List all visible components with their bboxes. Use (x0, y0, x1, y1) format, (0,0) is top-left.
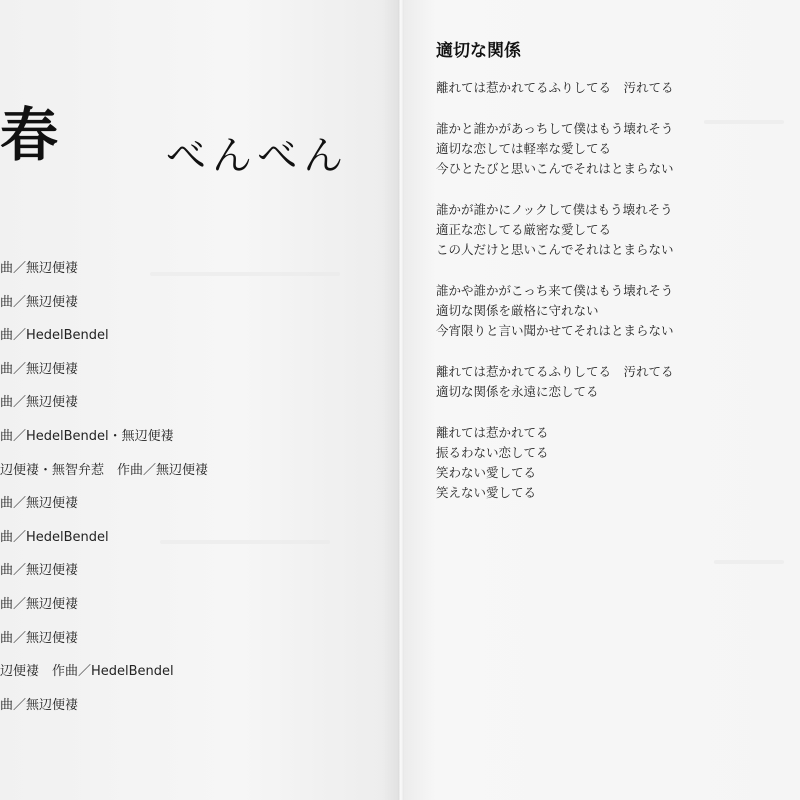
lyric-line: 誰かや誰かがこっち来て僕はもう壊れそう (436, 281, 674, 301)
lyric-line: 今ひとたびと思いこんでそれはとまらない (436, 159, 674, 179)
lyric-line: 離れては惹かれてる (436, 423, 674, 443)
show-through-text (150, 272, 340, 276)
lyrics: 離れては惹かれてるふりしてる 汚れてる 誰かと誰かがあっちして僕はもう壊れそう … (436, 78, 674, 524)
right-page: 適切な関係 離れては惹かれてるふりしてる 汚れてる 誰かと誰かがあっちして僕はも… (404, 0, 800, 800)
credits-list: 曲／無辺便褄 曲／無辺便褄 曲／HedelBendel 曲／無辺便褄 曲／無辺便… (0, 258, 208, 728)
album-title-kanji: 春 (0, 106, 58, 164)
lyric-line: 誰かと誰かがあっちして僕はもう壊れそう (436, 119, 674, 139)
lyric-line: 適切な関係を永遠に恋してる (436, 382, 674, 402)
show-through-text (714, 560, 784, 564)
credit-line: 曲／無辺便褄 (0, 560, 208, 594)
booklet-spread: 春 べんべん 曲／無辺便褄 曲／無辺便褄 曲／HedelBendel 曲／無辺便… (0, 0, 800, 800)
credit-line: 曲／無辺便褄 (0, 359, 208, 393)
stanza: 誰かと誰かがあっちして僕はもう壊れそう 適切な恋しては軽率な愛してる 今ひとたび… (436, 119, 674, 179)
lyric-line: 離れては惹かれてるふりしてる 汚れてる (436, 362, 674, 382)
stanza: 離れては惹かれてるふりしてる 汚れてる (436, 78, 674, 98)
album-title-kana: べんべん (166, 136, 349, 176)
lyric-line: 笑えない愛してる (436, 483, 674, 503)
credit-line: 曲／無辺便褄 (0, 695, 208, 729)
lyric-line: この人だけと思いこんでそれはとまらない (436, 240, 674, 260)
lyric-line: 今宵限りと言い聞かせてそれはとまらない (436, 321, 674, 341)
lyric-line: 適正な恋してる厳密な愛してる (436, 220, 674, 240)
song-title: 適切な関係 (436, 36, 521, 61)
stanza: 離れては惹かれてる 振るわない恋してる 笑わない愛してる 笑えない愛してる (436, 423, 674, 503)
lyric-line: 誰かが誰かにノックして僕はもう壊れそう (436, 200, 674, 220)
lyric-line: 笑わない愛してる (436, 463, 674, 483)
credit-line: 辺便褄 作曲／HedelBendel (0, 661, 208, 695)
stanza: 誰かが誰かにノックして僕はもう壊れそう 適正な恋してる厳密な愛してる この人だけ… (436, 200, 674, 260)
credit-line: 曲／無辺便褄 (0, 292, 208, 326)
credit-line: 曲／無辺便褄 (0, 594, 208, 628)
show-through-text (160, 540, 330, 544)
credit-line: 曲／無辺便褄 (0, 628, 208, 662)
stanza: 離れては惹かれてるふりしてる 汚れてる 適切な関係を永遠に恋してる (436, 362, 674, 402)
show-through-text (704, 120, 784, 124)
lyric-line: 振るわない恋してる (436, 443, 674, 463)
credit-line: 曲／HedelBendel (0, 325, 208, 359)
credit-line: 曲／無辺便褄 (0, 493, 208, 527)
stanza: 誰かや誰かがこっち来て僕はもう壊れそう 適切な関係を厳格に守れない 今宵限りと言… (436, 281, 674, 341)
lyric-line: 離れては惹かれてるふりしてる 汚れてる (436, 78, 674, 98)
lyric-line: 適切な恋しては軽率な愛してる (436, 139, 674, 159)
lyric-line: 適切な関係を厳格に守れない (436, 301, 674, 321)
credit-line: 曲／HedelBendel・無辺便褄 (0, 426, 208, 460)
credit-line: 辺便褄・無智弁惹 作曲／無辺便褄 (0, 460, 208, 494)
credit-line: 曲／無辺便褄 (0, 392, 208, 426)
left-page: 春 べんべん 曲／無辺便褄 曲／無辺便褄 曲／HedelBendel 曲／無辺便… (0, 0, 398, 800)
